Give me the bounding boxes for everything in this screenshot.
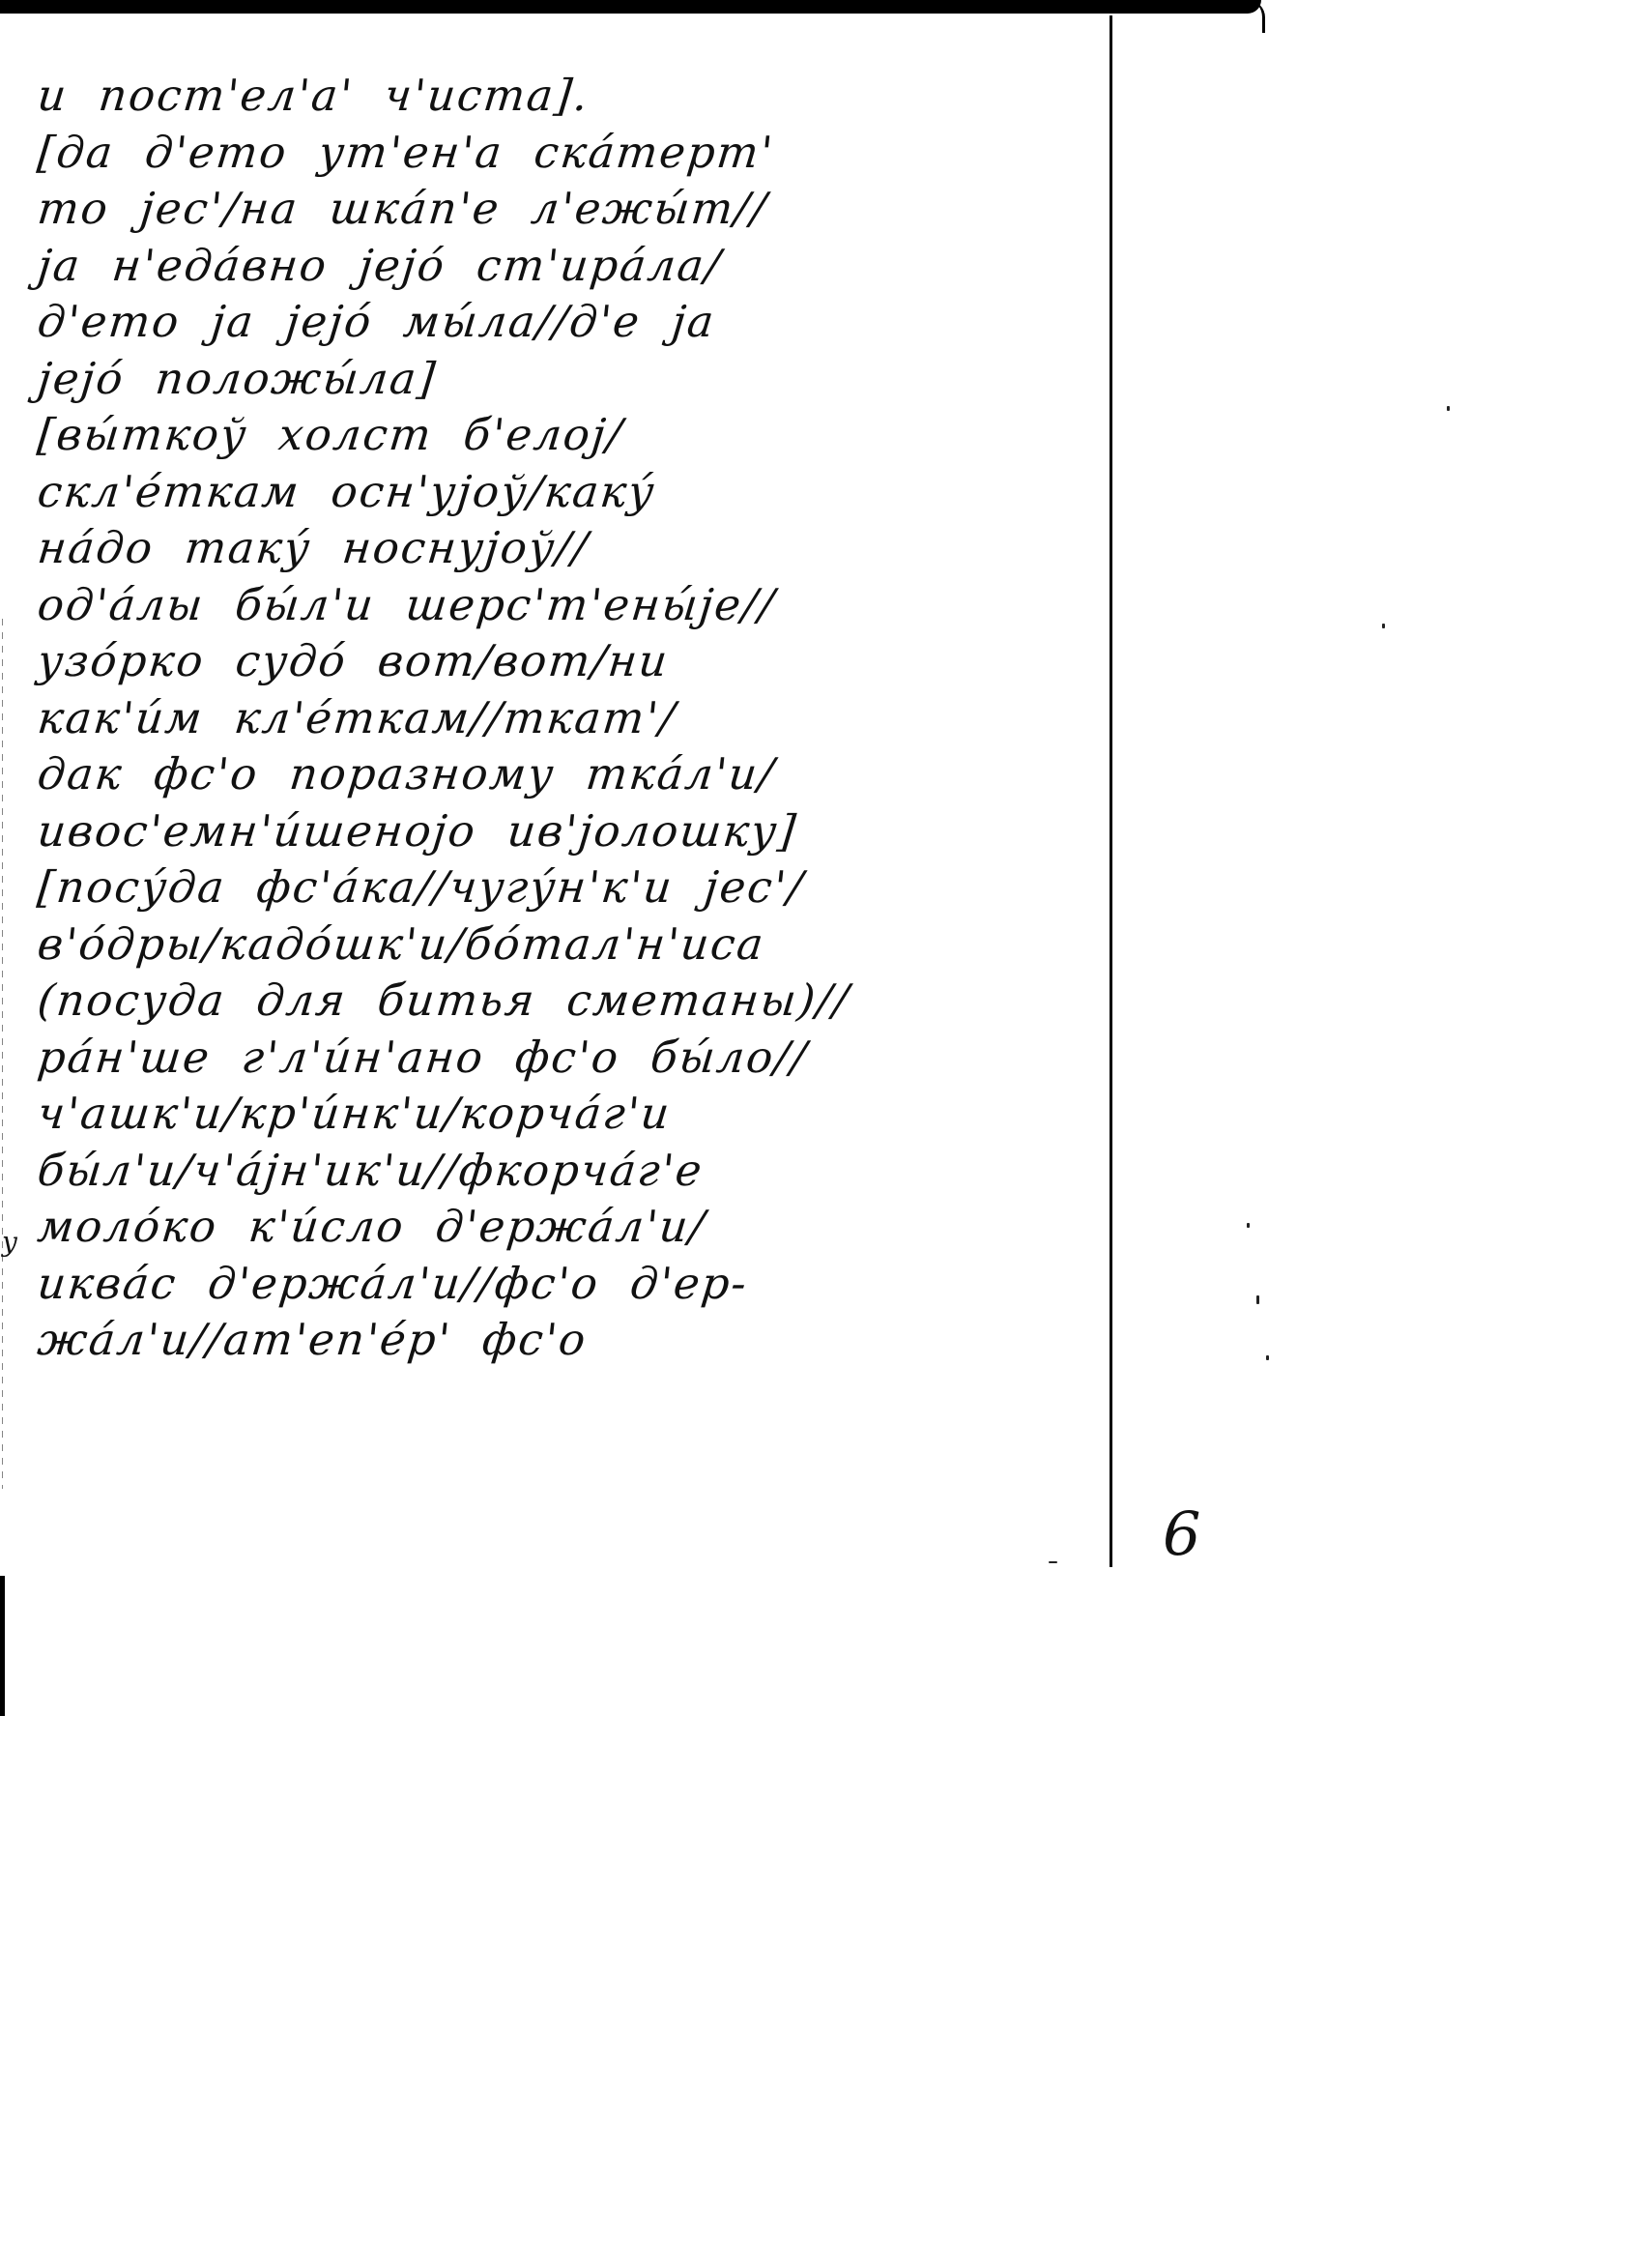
manuscript-line: иква́с д'ержа́л'и//фс'о д'ер-	[35, 1256, 1142, 1313]
scan-top-border	[0, 0, 1261, 14]
manuscript-line: то јес'/на шка́п'е л'ежы́т//	[35, 181, 1142, 238]
scan-speck	[1256, 1295, 1259, 1304]
manuscript-line: [посу́да фс'а́ка//чугу́н'к'и јес'/	[35, 859, 1142, 916]
manuscript-line: ра́н'ше г'л'и́н'ано фс'о бы́ло//	[35, 1030, 1142, 1087]
scan-speck	[1447, 406, 1450, 411]
manuscript-line: в'о́дры/кадо́шк'и/бо́тал'н'иса	[35, 916, 1142, 974]
manuscript-line: бы́л'и/ч'а́јн'ик'и//фкорча́г'е	[35, 1143, 1142, 1200]
page-number: 6	[1163, 1498, 1200, 1569]
manuscript-line: узо́рко судо́ вот/вот/ни	[35, 633, 1142, 690]
manuscript-line: јејо́ положы́ла]	[35, 351, 1142, 408]
scan-speck	[1382, 624, 1385, 628]
page-corner-curl	[1247, 0, 1265, 33]
scan-speck	[1266, 1355, 1269, 1360]
left-edge-black-bar	[0, 1576, 5, 1716]
scan-speck	[1247, 1223, 1250, 1228]
manuscript-line: дак фс'о поразному тка́л'и/	[35, 746, 1142, 803]
manuscript-line: (посуда для битья сметаны)//	[35, 973, 1142, 1030]
margin-annotation: у	[2, 1226, 17, 1258]
manuscript-line: как'и́м кл'е́ткам//ткат'/	[35, 690, 1142, 747]
manuscript-line: на́до таку́ носнујоў//	[35, 520, 1142, 577]
manuscript-line: моло́ко к'и́сло д'ержа́л'и/	[35, 1199, 1142, 1256]
manuscript-line: од'а́лы бы́л'и шерс'т'ены́је//	[35, 577, 1142, 634]
manuscript-line: ч'ашк'и/кр'и́нк'и/корча́г'и	[35, 1086, 1142, 1143]
manuscript-line: ивос'емн'и́шенојо ив'јолошку]	[35, 803, 1142, 860]
manuscript-line: скл'е́ткам осн'ујоў/каку́	[35, 464, 1142, 521]
manuscript-line: и пост'ел'а' ч'иста].	[35, 68, 1142, 125]
manuscript-line: жа́л'и//ат'еп'е́р' фс'о	[35, 1312, 1142, 1369]
scan-speck	[1049, 1561, 1057, 1563]
manuscript-line: [да д'ето ут'ен'а ска́терт'	[35, 125, 1142, 182]
manuscript-line: ја н'еда́вно јејо́ ст'ира́ла/	[35, 238, 1142, 295]
manuscript-line: д'ето ја јејо́ мы́ла//д'е ја	[35, 294, 1142, 351]
manuscript-line: [вы́ткоў холст б'елој/	[35, 407, 1142, 464]
handwritten-text-block: и пост'ел'а' ч'иста]. [да д'ето ут'ен'а …	[35, 68, 1137, 1369]
left-edge-scan-artifact	[2, 619, 3, 1489]
